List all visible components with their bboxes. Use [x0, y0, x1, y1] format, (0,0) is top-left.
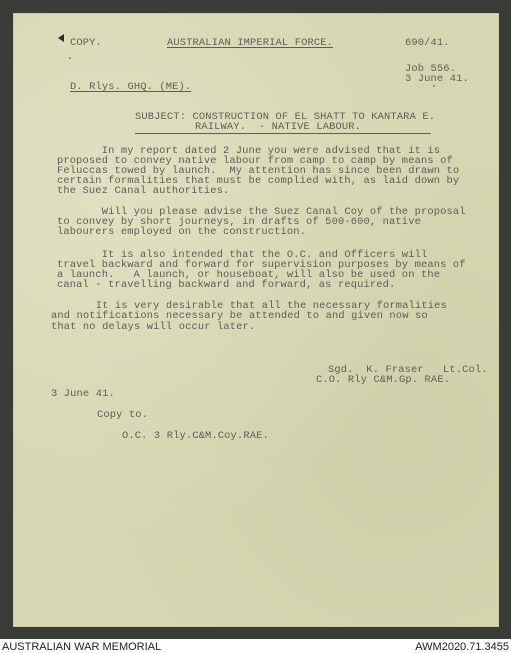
institution-label: AUSTRALIAN WAR MEMORIAL: [2, 641, 161, 653]
copy-to-label: Copy to.: [97, 410, 148, 420]
ink-spot: [433, 85, 435, 87]
date-top: 3 June 41.: [405, 74, 469, 84]
accession-number: AWM2020.71.3455: [415, 641, 509, 653]
subject-line-2: RAILWAY. - NATIVE LABOUR.: [195, 122, 361, 132]
signature-title: C.O. Rly C&M.Gp. RAE.: [316, 375, 450, 385]
arrow-marker-icon: [58, 34, 64, 42]
copy-to-recipient: O.C. 3 Rly.C&M.Coy.RAE.: [122, 431, 269, 441]
ink-spot: [69, 57, 71, 59]
copy-label: COPY.: [70, 38, 102, 48]
letterhead: AUSTRALIAN IMPERIAL FORCE.: [167, 38, 333, 48]
reference-number: 690/41.: [405, 38, 450, 48]
subject-underline: [135, 133, 431, 134]
addressee: D. Rlys. GHQ. (ME).: [70, 82, 191, 92]
date-bottom: 3 June 41.: [51, 389, 115, 399]
